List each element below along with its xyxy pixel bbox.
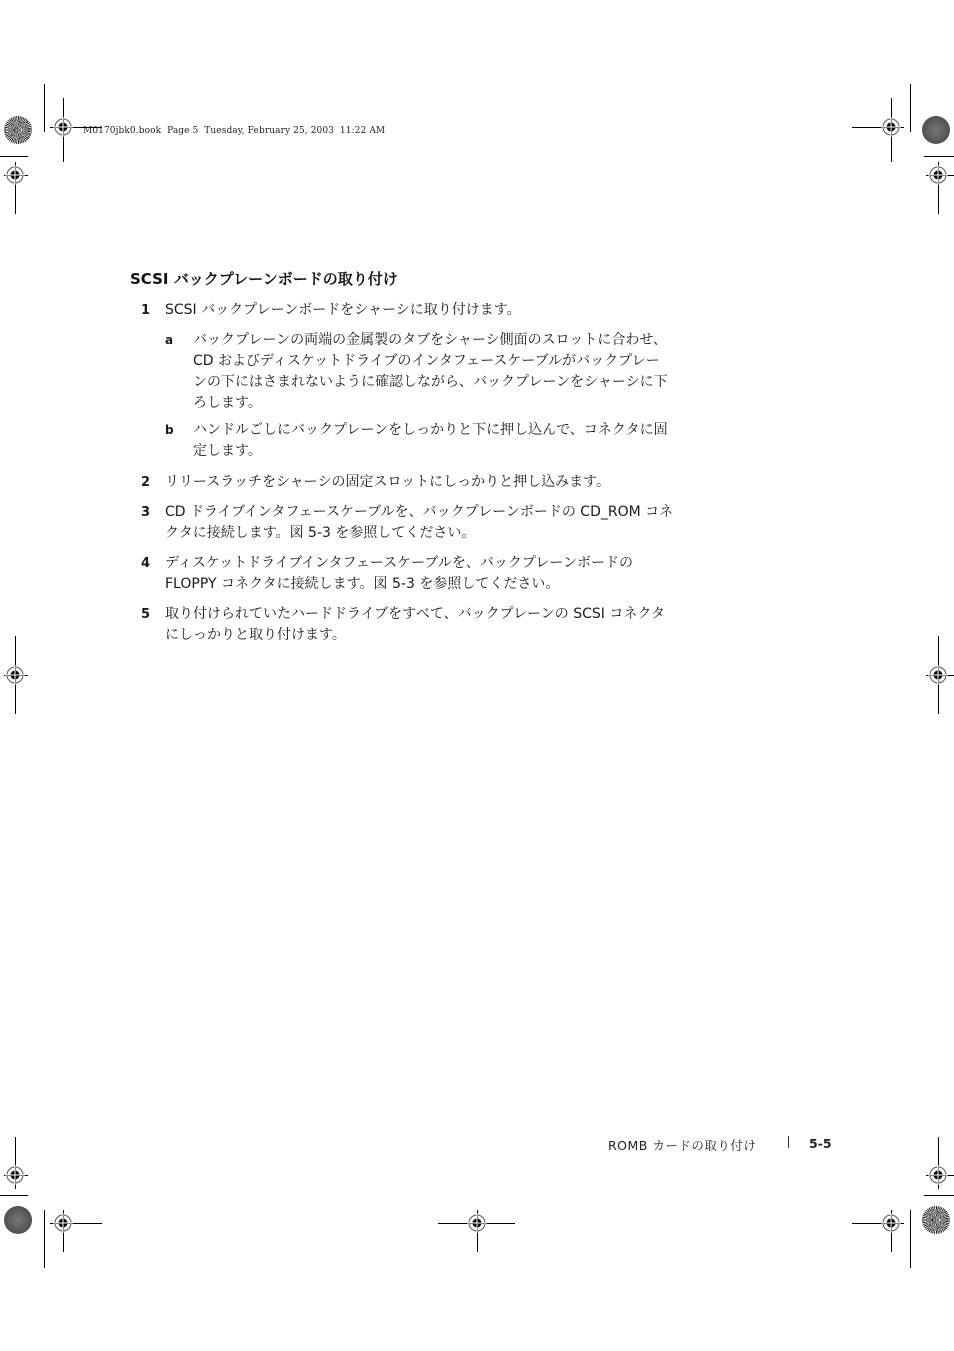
crop-line xyxy=(0,156,28,157)
substep-text: ハンドルごしにバックプレーンをしっかりと下に押し込んで、コネクタに固 定します。 xyxy=(193,420,741,462)
crop-line xyxy=(924,156,954,157)
registration-mark-icon xyxy=(928,165,948,185)
registration-mark-icon xyxy=(53,117,73,137)
text-line: 取り付けられていたハードドライブをすべて、バックプレーンの SCSI コネクタ xyxy=(165,604,737,625)
substep-letter: a xyxy=(165,330,173,351)
substep-text: バックプレーンの両端の金属製のタブをシャーシ側面のスロットに合わせ、 CD およ… xyxy=(193,330,741,414)
step-text: ディスケットドライブインタフェースケーブルを、バックプレーンボードの FLOPP… xyxy=(165,553,737,595)
text-line: リリースラッチをシャーシの固定スロットにしっかりと押し込みます。 xyxy=(165,472,737,493)
text-line: FLOPPY コネクタに接続します。図 5-3 を参照してください。 xyxy=(165,574,737,595)
rosette-bottom-right-icon xyxy=(922,1206,950,1234)
step-number: 1 xyxy=(141,300,150,321)
rosette-bottom-left-icon xyxy=(4,1206,32,1234)
step-number: 4 xyxy=(141,553,150,574)
step-number: 2 xyxy=(141,472,150,493)
text-line: ハンドルごしにバックプレーンをしっかりと下に押し込んで、コネクタに固 xyxy=(193,420,741,441)
rosette-top-right-icon xyxy=(922,116,950,144)
step-number: 5 xyxy=(141,604,150,625)
footer-separator xyxy=(788,1136,789,1148)
crop-line xyxy=(910,1210,911,1268)
text-line: にしっかりと取り付けます。 xyxy=(165,625,737,646)
text-line: ディスケットドライブインタフェースケーブルを、バックプレーンボードの xyxy=(165,553,737,574)
step-text: 取り付けられていたハードドライブをすべて、バックプレーンの SCSI コネクタ … xyxy=(165,604,737,646)
text-line: クタに接続します。図 5-3 を参照してください。 xyxy=(165,523,737,544)
crop-line xyxy=(910,84,911,132)
page-number: 5-5 xyxy=(809,1136,832,1151)
text-line: バックプレーンの両端の金属製のタブをシャーシ側面のスロットに合わせ、 xyxy=(193,330,741,351)
print-slug: M0170jbk0.book Page 5 Tuesday, February … xyxy=(83,126,385,136)
registration-mark-icon xyxy=(53,1213,73,1233)
section-heading: SCSI バックプレーンボードの取り付け xyxy=(130,268,398,289)
crop-line xyxy=(44,84,45,132)
registration-mark-icon xyxy=(881,1213,901,1233)
crop-line xyxy=(44,1210,45,1268)
text-line: CD およびディスケットドライブのインタフェースケーブルがバックプレー xyxy=(193,351,741,372)
text-line: CD ドライブインタフェースケーブルを、バックプレーンボードの CD_ROM コ… xyxy=(165,502,737,523)
registration-mark-icon xyxy=(881,117,901,137)
registration-mark-icon xyxy=(928,1165,948,1185)
crop-line xyxy=(0,1195,28,1196)
text-line: ンの下にはさまれないように確認しながら、バックプレーンをシャーシに下 xyxy=(193,372,741,393)
step-text: リリースラッチをシャーシの固定スロットにしっかりと押し込みます。 xyxy=(165,472,737,493)
text-line: 定します。 xyxy=(193,441,741,462)
registration-mark-icon xyxy=(928,665,948,685)
registration-mark-icon xyxy=(5,165,25,185)
registration-mark-icon xyxy=(5,1165,25,1185)
text-line: ろします。 xyxy=(193,393,741,414)
crop-line xyxy=(924,1195,954,1196)
step-text: SCSI バックプレーンボードをシャーシに取り付けます。 xyxy=(165,300,737,321)
substep-letter: b xyxy=(165,420,174,441)
footer-chapter-title: ROMB カードの取り付け xyxy=(608,1136,756,1154)
rosette-top-left-icon xyxy=(4,116,32,144)
step-text: CD ドライブインタフェースケーブルを、バックプレーンボードの CD_ROM コ… xyxy=(165,502,737,544)
registration-mark-icon xyxy=(467,1213,487,1233)
registration-mark-icon xyxy=(5,665,25,685)
step-number: 3 xyxy=(141,502,150,523)
